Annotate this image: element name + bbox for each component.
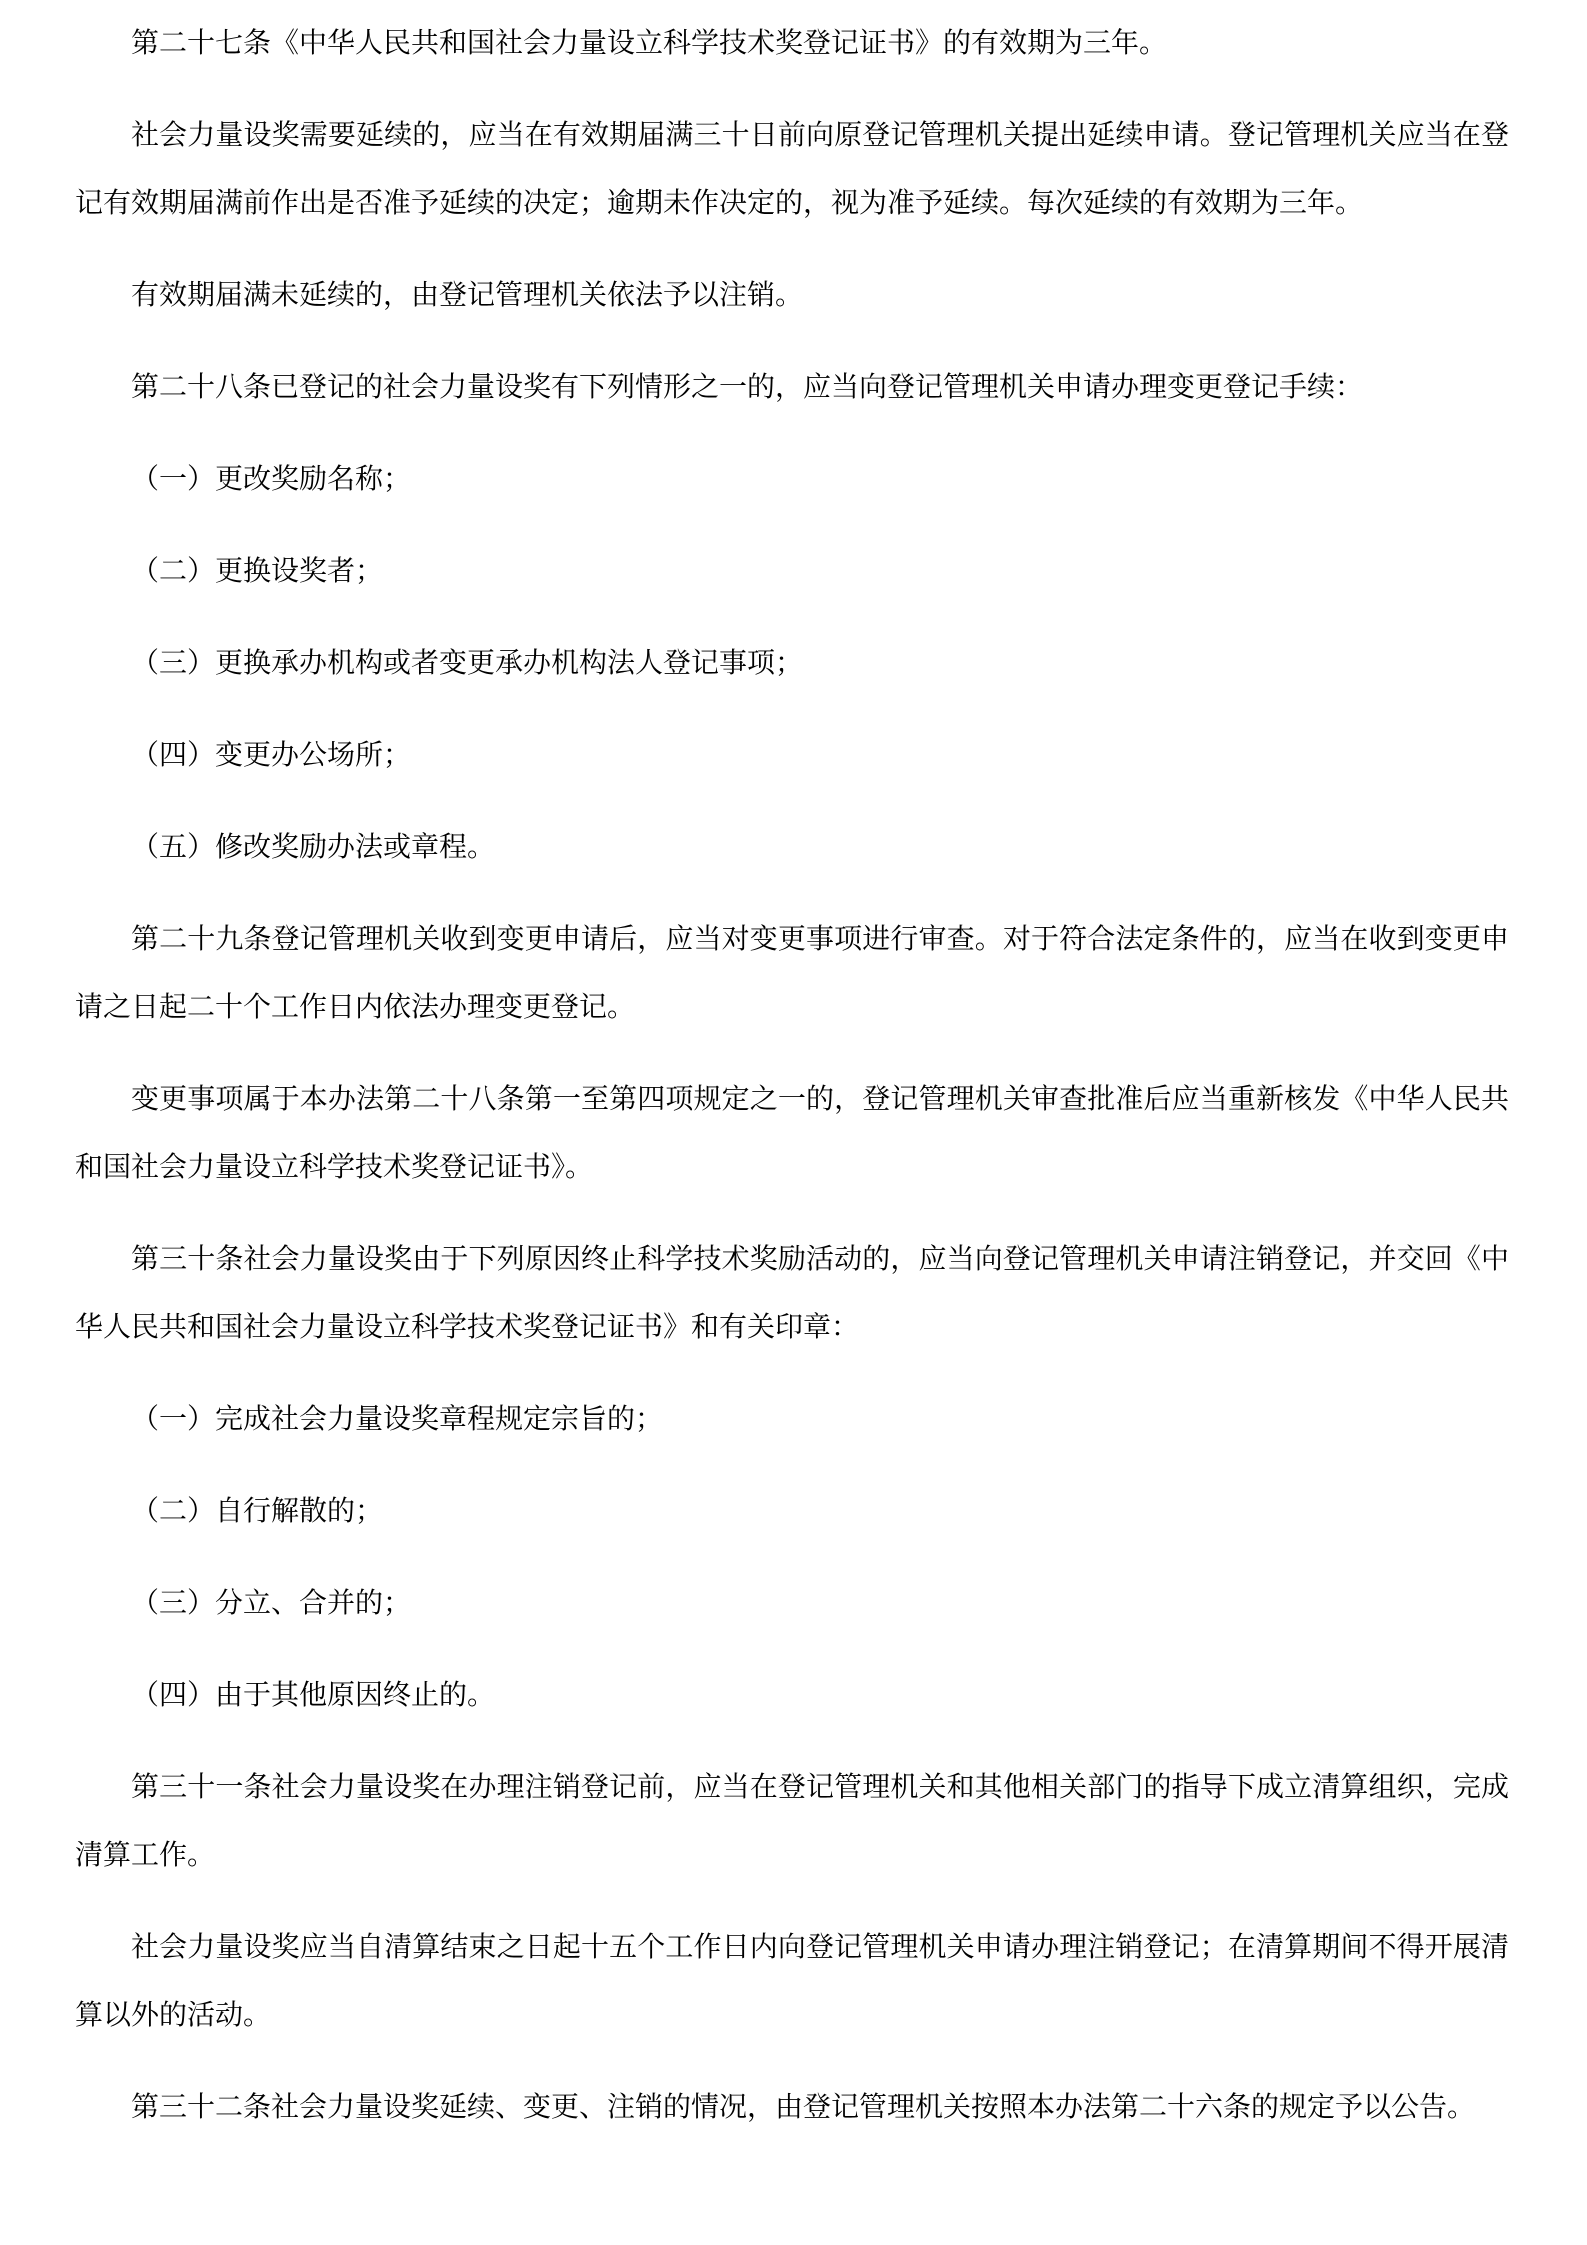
article-28-intro-paragraph: 第二十八条已登记的社会力量设奖有下列情形之一的，应当向登记管理机关申请办理变更登… (75, 354, 1509, 422)
article-28-item-1: （一）更改奖励名称； (75, 446, 1509, 514)
expiry-cancellation-paragraph: 有效期届满未延续的，由登记管理机关依法予以注销。 (75, 262, 1509, 330)
article-28-item-3: （三）更换承办机构或者变更承办机构法人登记事项； (75, 630, 1509, 698)
article-30-item-4: （四）由于其他原因终止的。 (75, 1662, 1509, 1730)
renewal-application-paragraph: 社会力量设奖需要延续的，应当在有效期届满三十日前向原登记管理机关提出延续申请。登… (75, 102, 1509, 238)
article-28-item-5: （五）修改奖励办法或章程。 (75, 814, 1509, 882)
article-30-item-1: （一）完成社会力量设奖章程规定宗旨的； (75, 1386, 1509, 1454)
article-28-item-4: （四）变更办公场所； (75, 722, 1509, 790)
article-30-item-3: （三）分立、合并的； (75, 1570, 1509, 1638)
article-28-item-2: （二）更换设奖者； (75, 538, 1509, 606)
document-page: 第二十七条《中华人民共和国社会力量设立科学技术奖登记证书》的有效期为三年。 社会… (0, 0, 1587, 2245)
article-31-liquidation-paragraph: 第三十一条社会力量设奖在办理注销登记前，应当在登记管理机关和其他相关部门的指导下… (75, 1754, 1509, 1890)
article-29-review-paragraph: 第二十九条登记管理机关收到变更申请后，应当对变更事项进行审查。对于符合法定条件的… (75, 906, 1509, 1042)
article-27-validity-paragraph: 第二十七条《中华人民共和国社会力量设立科学技术奖登记证书》的有效期为三年。 (75, 10, 1509, 78)
liquidation-deadline-paragraph: 社会力量设奖应当自清算结束之日起十五个工作日内向登记管理机关申请办理注销登记；在… (75, 1914, 1509, 2050)
reissue-certificate-paragraph: 变更事项属于本办法第二十八条第一至第四项规定之一的，登记管理机关审查批准后应当重… (75, 1066, 1509, 1202)
article-30-item-2: （二）自行解散的； (75, 1478, 1509, 1546)
article-30-intro-paragraph: 第三十条社会力量设奖由于下列原因终止科学技术奖励活动的，应当向登记管理机关申请注… (75, 1226, 1509, 1362)
article-32-announcement-paragraph: 第三十二条社会力量设奖延续、变更、注销的情况，由登记管理机关按照本办法第二十六条… (75, 2074, 1509, 2142)
